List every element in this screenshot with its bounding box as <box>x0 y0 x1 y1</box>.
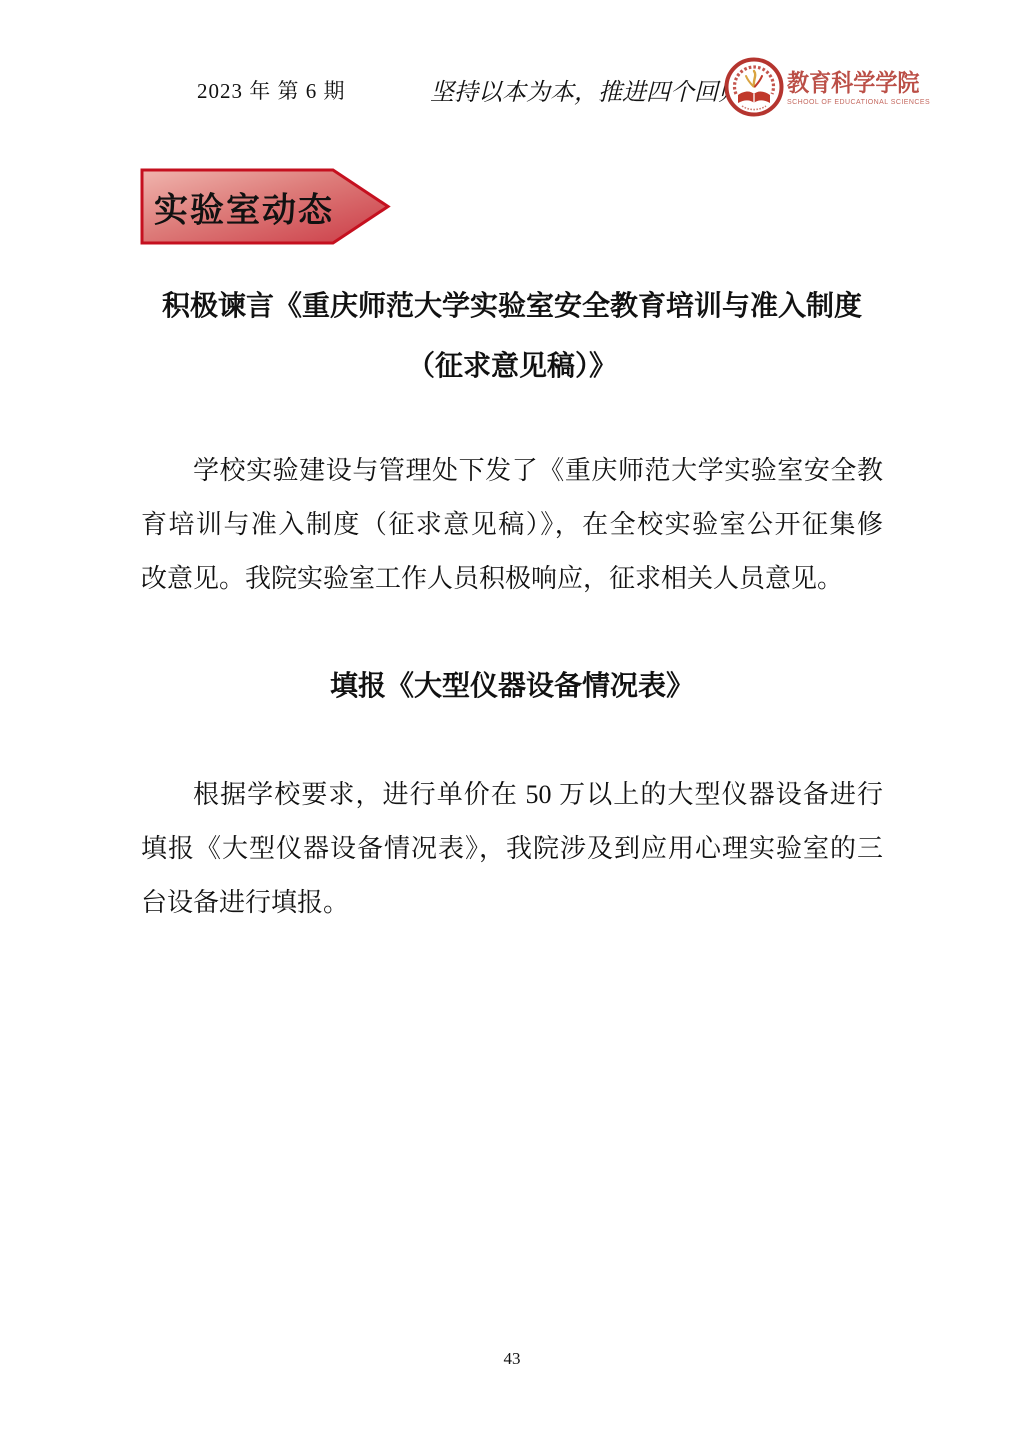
article-paragraph-1: 学校实验建设与管理处下发了《重庆师范大学实验室安全教 育培训与准入制度（征求意见… <box>141 444 883 606</box>
paragraph-2-line-1: 根据学校要求，进行单价在 50 万以上的大型仪器设备进行 <box>141 768 883 822</box>
article-paragraph-2: 根据学校要求，进行单价在 50 万以上的大型仪器设备进行 填报《大型仪器设备情况… <box>141 768 883 930</box>
paragraph-1-line-3: 改意见。我院实验室工作人员积极响应，征求相关人员意见。 <box>141 552 883 606</box>
section-banner: 实验室动态 <box>140 167 392 246</box>
school-logo-text: 教育科学学院 SCHOOL OF EDUCATIONAL SCIENCES <box>787 63 913 106</box>
school-name-en: SCHOOL OF EDUCATIONAL SCIENCES <box>787 99 913 106</box>
article-title-2: 填报《大型仪器设备情况表》 <box>141 657 883 717</box>
paragraph-2-line-3: 台设备进行填报。 <box>141 876 883 930</box>
paragraph-1-line-2: 育培训与准入制度（征求意见稿）》，在全校实验室公开征集修 <box>141 498 883 552</box>
paragraph-1-line-1: 学校实验建设与管理处下发了《重庆师范大学实验室安全教 <box>141 444 883 498</box>
section-banner-label: 实验室动态 <box>154 182 334 231</box>
article-title-1: 积极谏言《重庆师范大学实验室安全教育培训与准入制度 （征求意见稿）》 <box>141 277 883 397</box>
article-title-1-line-2: （征求意见稿）》 <box>141 337 883 397</box>
paragraph-2-line-2: 填报《大型仪器设备情况表》，我院涉及到应用心理实验室的三 <box>141 822 883 876</box>
article-title-1-line-1: 积极谏言《重庆师范大学实验室安全教育培训与准入制度 <box>141 277 883 337</box>
document-page: 2023 年 第 6 期 坚持以本为本，推进四个回归 教育科学学院 SCHOOL… <box>0 0 1024 1448</box>
page-number: 43 <box>0 1349 1024 1369</box>
school-logo: 教育科学学院 SCHOOL OF EDUCATIONAL SCIENCES <box>723 55 913 119</box>
school-emblem-icon <box>723 56 785 118</box>
issue-label: 2023 年 第 6 期 <box>197 75 346 105</box>
motto-text: 坚持以本为本，推进四个回归 <box>430 72 742 107</box>
school-name-cn: 教育科学学院 <box>787 63 903 98</box>
